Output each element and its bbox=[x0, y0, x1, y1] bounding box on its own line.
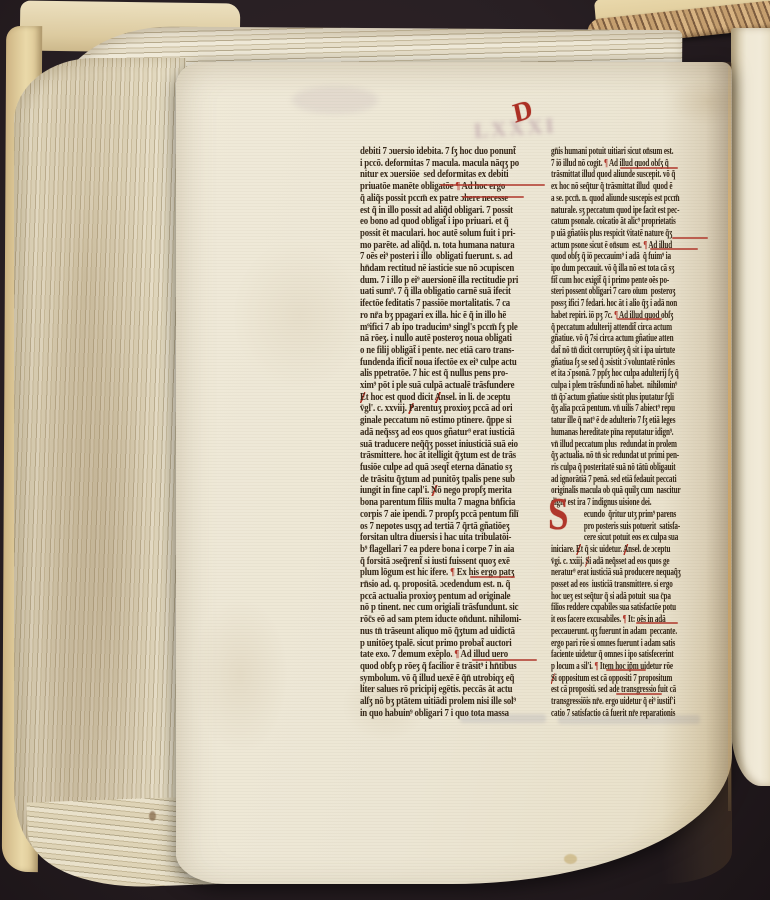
edge-fleck bbox=[149, 811, 156, 821]
red-initial-drop-cap: S bbox=[548, 494, 568, 534]
fore-edge-stack-left bbox=[14, 58, 186, 858]
text-column-right: gn̄is humani potuit uitiari sicut on̄sum… bbox=[551, 146, 712, 730]
ink-offset-smudge bbox=[292, 86, 378, 114]
paper-stain bbox=[192, 596, 288, 754]
gutter-fold-line bbox=[728, 66, 731, 811]
edge-fleck bbox=[564, 854, 577, 864]
book-page: D LXXXI debiti 7 ɔuersio idebita. 7 ſʒ h… bbox=[176, 62, 732, 884]
book-photo: D LXXXI debiti 7 ɔuersio idebita. 7 ſʒ h… bbox=[0, 0, 770, 900]
text-column-right-lines: gn̄is humani potuit uitiari sicut on̄sum… bbox=[551, 146, 712, 719]
ghost-folio-numeral: LXXXI bbox=[473, 113, 557, 144]
paper-stain bbox=[232, 238, 366, 392]
facing-page-edge bbox=[731, 28, 770, 786]
text-column-left-lines: debiti 7 ɔuersio idebita. 7 ſʒ hoc duo p… bbox=[360, 146, 550, 719]
text-column-left: debiti 7 ɔuersio idebita. 7 ſʒ hoc duo p… bbox=[360, 146, 552, 730]
